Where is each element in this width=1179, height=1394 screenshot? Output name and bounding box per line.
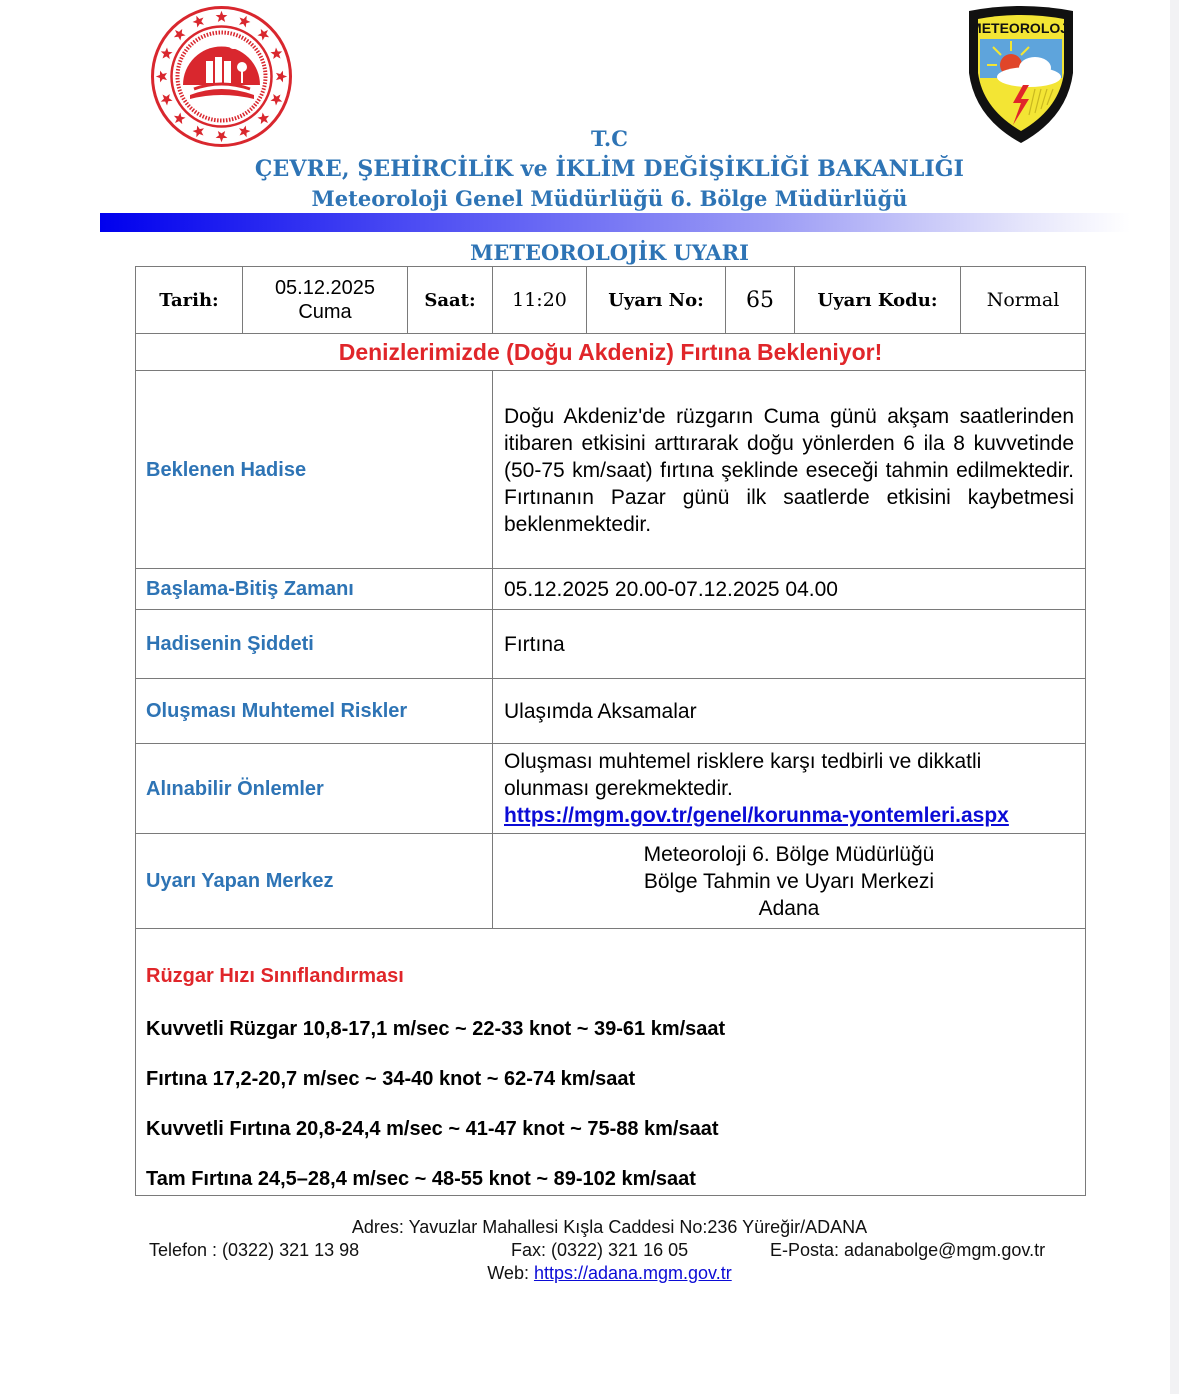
wind-classification-cell: Rüzgar Hızı Sınıflandırması Kuvvetli Rüz… xyxy=(136,929,1086,1196)
precautions-row: Alınabilir Önlemler Oluşması muhtemel ri… xyxy=(136,744,1086,834)
risks-value: Ulaşımda Aksamalar xyxy=(493,679,1086,744)
severity-value: Fırtına xyxy=(493,610,1086,679)
wind-classification-row: Rüzgar Hızı Sınıflandırması Kuvvetli Rüz… xyxy=(136,929,1086,1196)
warning-code-label: Uyarı Kodu: xyxy=(795,267,961,334)
center-line-1: Meteoroloji 6. Bölge Müdürlüğü xyxy=(504,841,1074,868)
risks-row: Oluşması Muhtemel Riskler Ulaşımda Aksam… xyxy=(136,679,1086,744)
center-row: Uyarı Yapan Merkez Meteoroloji 6. Bölge … xyxy=(136,834,1086,929)
event-label: Beklenen Hadise xyxy=(136,371,493,569)
header-department: Meteoroloji Genel Müdürlüğü 6. Bölge Müd… xyxy=(0,186,1179,211)
footer-web-label: Web: xyxy=(487,1263,534,1283)
wind-class-item: Fırtına 17,2-20,7 m/sec ~ 34-40 knot ~ 6… xyxy=(146,1067,1075,1091)
severity-label: Hadisenin Şiddeti xyxy=(136,610,493,679)
period-row: Başlama-Bitiş Zamanı 05.12.2025 20.00-07… xyxy=(136,569,1086,610)
risks-label: Oluşması Muhtemel Riskler xyxy=(136,679,493,744)
precautions-text: Oluşması muhtemel risklere karşı tedbirl… xyxy=(504,748,1074,802)
precautions-label: Alınabilir Önlemler xyxy=(136,744,493,834)
meta-row: Tarih: 05.12.2025 Cuma Saat: 11:20 Uyarı… xyxy=(136,267,1086,334)
date-label: Tarih: xyxy=(136,267,243,334)
center-line-3: Adana xyxy=(504,895,1074,922)
time-label: Saat: xyxy=(408,267,493,334)
footer-web: Web: https://adana.mgm.gov.tr xyxy=(0,1263,1179,1284)
footer-fax: Fax: (0322) 321 16 05 xyxy=(511,1240,688,1261)
footer-address: Adres: Yavuzlar Mahallesi Kışla Caddesi … xyxy=(0,1217,1179,1238)
wind-class-item: Kuvvetli Rüzgar 10,8-17,1 m/sec ~ 22-33 … xyxy=(146,1017,1075,1041)
center-cell: Meteoroloji 6. Bölge Müdürlüğü Bölge Tah… xyxy=(493,834,1086,929)
event-description: Doğu Akdeniz'de rüzgarın Cuma günü akşam… xyxy=(493,371,1086,569)
warning-no-value: 65 xyxy=(726,267,795,334)
wind-class-item: Kuvvetli Fırtına 20,8-24,4 m/sec ~ 41-47… xyxy=(146,1117,1075,1141)
footer-email: E-Posta: adanabolge@mgm.gov.tr xyxy=(770,1240,1045,1261)
svg-text:METEOROLOJİ: METEOROLOJİ xyxy=(970,20,1072,36)
day-value: Cuma xyxy=(243,300,407,324)
center-line-2: Bölge Tahmin ve Uyarı Merkezi xyxy=(504,868,1074,895)
date-cell: 05.12.2025 Cuma xyxy=(243,267,408,334)
period-label: Başlama-Bitiş Zamanı xyxy=(136,569,493,610)
severity-row: Hadisenin Şiddeti Fırtına xyxy=(136,610,1086,679)
center-label: Uyarı Yapan Merkez xyxy=(136,834,493,929)
meteoroloji-logo-icon: METEOROLOJİ xyxy=(963,3,1079,146)
event-row: Beklenen Hadise Doğu Akdeniz'de rüzgarın… xyxy=(136,371,1086,569)
header-tc: T.C xyxy=(0,126,1179,151)
time-value: 11:20 xyxy=(493,267,587,334)
warning-headline: Denizlerimizde (Doğu Akdeniz) Fırtına Be… xyxy=(136,334,1086,371)
warning-no-label: Uyarı No: xyxy=(587,267,726,334)
header-gradient-bar xyxy=(100,213,1130,232)
footer-phone: Telefon : (0322) 321 13 98 xyxy=(149,1240,359,1261)
wind-classification-title: Rüzgar Hızı Sınıflandırması xyxy=(146,965,1075,988)
warning-code-value: Normal xyxy=(961,267,1086,334)
warning-table: Tarih: 05.12.2025 Cuma Saat: 11:20 Uyarı… xyxy=(135,266,1086,1196)
period-value: 05.12.2025 20.00-07.12.2025 04.00 xyxy=(493,569,1086,610)
header-ministry: ÇEVRE, ŞEHİRCİLİK ve İKLİM DEĞİŞİKLİĞİ B… xyxy=(0,156,1179,182)
wind-class-item: Tam Fırtına 24,5–28,4 m/sec ~ 48-55 knot… xyxy=(146,1167,1075,1191)
protection-methods-link[interactable]: https://mgm.gov.tr/genel/korunma-yonteml… xyxy=(504,804,1009,827)
document-title: METEOROLOJİK UYARI xyxy=(0,240,1179,265)
footer-web-link[interactable]: https://adana.mgm.gov.tr xyxy=(534,1263,732,1283)
date-value: 05.12.2025 xyxy=(243,276,407,300)
precautions-cell: Oluşması muhtemel risklere karşı tedbirl… xyxy=(493,744,1086,834)
